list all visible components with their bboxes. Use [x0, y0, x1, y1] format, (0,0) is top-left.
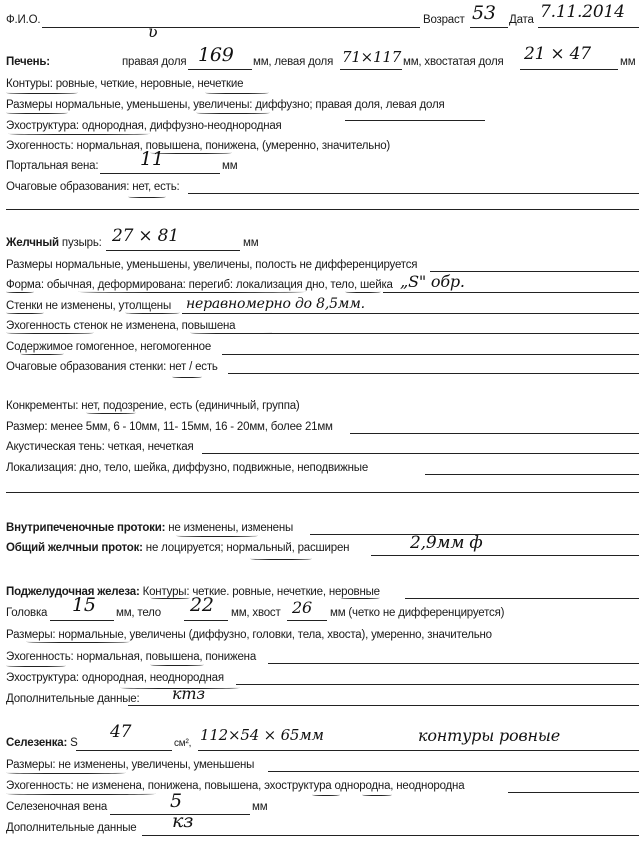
pancreas-body-field[interactable]	[184, 620, 228, 621]
pancreas-body-value: 22	[190, 594, 214, 616]
liver-caudate-field[interactable]	[520, 69, 618, 70]
liver-caudate-value: 21 × 47	[524, 44, 591, 64]
portal-vein-unit: мм	[222, 160, 237, 172]
spleen-echogenicity: Эхогенность: не изменена, понижена, повы…	[6, 780, 464, 792]
spleen-area-label: Селезенка: S	[6, 737, 78, 749]
date-field[interactable]	[538, 27, 639, 28]
spleen-vein-label: Селезеночная вена	[6, 801, 107, 813]
spleen-dims-field[interactable]	[198, 750, 639, 751]
selection-mark	[205, 91, 269, 94]
selection-mark	[6, 311, 44, 314]
liver-right-lobe-value: 169	[198, 44, 234, 66]
intrahepatic-text: не изменены, изменены	[165, 522, 293, 534]
pancreas-extra-field[interactable]	[128, 705, 639, 706]
spleen-dims-value: 112×54 × 65мм	[200, 726, 324, 744]
liver-title: Печень:	[6, 56, 50, 68]
liver-left-lobe-field[interactable]	[340, 69, 402, 70]
gallbladder-title: Желчный пузырь:	[6, 237, 102, 249]
spleen-title: Селезенка:	[6, 737, 67, 749]
gallbladder-shape-value: „S" обр.	[400, 272, 465, 291]
portal-vein-value: 11	[140, 148, 164, 170]
selection-mark	[6, 290, 34, 293]
selection-mark	[362, 793, 392, 796]
pancreas-head-value: 15	[72, 594, 96, 616]
gallbladder-dimensions: Размеры нормальные, уменьшены, увеличены…	[6, 259, 417, 271]
gallbladder-walls-field[interactable]	[182, 313, 639, 314]
selection-mark	[6, 771, 126, 774]
gallbladder-title-bold: Желчный	[6, 237, 59, 249]
selection-mark	[345, 290, 381, 293]
gallbladder-wall-echo-field[interactable]	[245, 333, 639, 334]
spleen-s-label: S	[67, 737, 77, 749]
spleen-area-unit: см²,	[174, 738, 191, 749]
common-duct-text: не лоцируется; нормальный, расширен	[143, 542, 350, 554]
gallbladder-shadow: Акустическая тень: четкая, нечеткая	[6, 441, 194, 453]
pancreas-tail-field[interactable]	[287, 620, 327, 621]
selection-mark	[6, 111, 68, 114]
spleen-extra-label: Дополнительные данные	[6, 822, 137, 834]
pancreas-tail-label: мм, хвост	[231, 607, 281, 619]
age-label: Возраст	[423, 14, 465, 26]
spleen-extra-value: кз	[172, 810, 193, 832]
gallbladder-size-value: 27 × 81	[112, 226, 179, 246]
liver-focal: Очаговые образования: нет, есть:	[6, 181, 180, 193]
selection-mark	[172, 375, 202, 378]
selection-mark	[8, 132, 150, 135]
selection-mark	[150, 663, 204, 666]
selection-mark	[26, 640, 130, 643]
liver-focal-field-2[interactable]	[6, 209, 639, 210]
liver-caudate-unit: мм	[620, 56, 635, 68]
gallbladder-stones: Конкременты: нет, подозрение, есть (един…	[6, 400, 300, 412]
selection-mark	[6, 664, 66, 667]
spleen-size-field[interactable]	[268, 771, 639, 772]
pancreas-head-field[interactable]	[50, 620, 114, 621]
liver-right-lobe-label: правая доля	[122, 56, 186, 68]
gallbladder-contents-field[interactable]	[222, 354, 639, 355]
pancreas-echostructure: Эхоструктура: однородная, неоднородная	[6, 672, 224, 684]
gallbladder-stone-size: Размер: менее 5мм, 6 - 10мм, 11- 15мм, 1…	[6, 421, 333, 433]
selection-mark	[128, 195, 166, 198]
gallbladder-localization-field[interactable]	[425, 474, 639, 475]
pancreas-echogenicity-field[interactable]	[268, 663, 639, 664]
gallbladder-walls-value: неравномерно до 8,5мм.	[186, 296, 365, 312]
spleen-area-value: 47	[110, 722, 131, 742]
spleen-area-field[interactable]	[76, 750, 172, 751]
pancreas-extra-value: ктз	[172, 684, 205, 703]
gallbladder-title-rest: пузырь:	[59, 237, 102, 249]
selection-mark	[86, 411, 136, 414]
selection-mark	[176, 534, 258, 537]
intrahepatic-title: Внутрипеченочные протоки:	[6, 522, 165, 534]
pancreas-extra-label: Дополнительные данные:	[6, 693, 140, 705]
selection-mark	[150, 596, 190, 599]
spleen-size: Размеры: не изменены, увеличены, уменьше…	[6, 759, 254, 771]
gallbladder-wall-focal-field[interactable]	[228, 373, 639, 374]
gallbladder-wall-focal: Очаговые образования стенки: нет / есть	[6, 361, 218, 373]
liver-left-lobe-label: мм, левая доля	[253, 56, 333, 68]
gallbladder-localization: Локализация: дно, тело, шейка, диффузно,…	[6, 462, 368, 474]
date-label: Дата	[509, 14, 534, 26]
pancreas-echogenicity: Эхогенность: нормальная, повышена, пониж…	[6, 651, 256, 663]
selection-mark	[6, 792, 156, 795]
selection-mark	[250, 557, 312, 560]
portal-vein-field[interactable]	[100, 173, 220, 174]
liver-left-lobe-value: 71×117	[342, 48, 401, 66]
pancreas-tail-unit: мм (четко не дифференцируется)	[330, 607, 504, 619]
gallbladder-stone-size-field[interactable]	[350, 433, 639, 434]
age-field[interactable]	[470, 27, 508, 28]
gallbladder-shadow-field[interactable]	[202, 453, 639, 454]
liver-caudate-label: мм, хвостатая доля	[403, 56, 504, 68]
date-value: 7.11.2014	[540, 2, 625, 22]
spleen-vein-unit: мм	[252, 801, 267, 813]
liver-focal-field[interactable]	[188, 193, 639, 194]
portal-vein-label: Портальная вена:	[6, 160, 98, 172]
pancreas-contours-field[interactable]	[405, 598, 639, 599]
pancreas-tail-value: 26	[292, 598, 312, 617]
pancreas-head-label: Головка	[6, 607, 47, 619]
spleen-extra-field[interactable]	[142, 835, 639, 836]
liver-right-lobe-field[interactable]	[188, 69, 252, 70]
spleen-vein-value: 5	[170, 790, 182, 812]
selection-mark	[6, 91, 78, 94]
gallbladder-size-field[interactable]	[106, 250, 240, 251]
intrahepatic-ducts: Внутрипеченочные протоки: не изменены, и…	[6, 522, 293, 534]
gallbladder-size-unit: мм	[243, 237, 258, 249]
selection-mark	[6, 331, 94, 334]
pancreas-body-label: мм, тело	[116, 607, 161, 619]
selection-mark	[125, 311, 180, 314]
fio-field[interactable]	[42, 27, 420, 28]
liver-echostructure: Эхоструктура: однородная, диффузно-неодн…	[6, 120, 282, 132]
spleen-contour-value: контуры ровные	[418, 726, 560, 745]
liver-size: Размеры нормальные, уменьшены, увеличены…	[6, 99, 444, 111]
selection-mark	[340, 596, 380, 599]
pancreas-echostructure-field[interactable]	[236, 684, 639, 685]
liver-size-line	[345, 120, 485, 121]
gallbladder-localization-field-2[interactable]	[6, 492, 639, 493]
common-bile-duct: Общий желчныи проток: не лоцируется; нор…	[6, 542, 349, 554]
common-duct-value: 2,9мм ф	[410, 533, 483, 553]
selection-mark	[20, 352, 64, 355]
fio-mark: ʋ	[148, 22, 158, 41]
age-value: 53	[472, 2, 496, 24]
liver-contours: Контуры: ровные, четкие, неровные, нечет…	[6, 78, 243, 90]
spleen-echogenicity-field[interactable]	[508, 792, 639, 793]
common-duct-field[interactable]	[371, 555, 639, 556]
common-duct-title: Общий желчныи проток:	[6, 542, 143, 554]
selection-mark	[312, 793, 340, 796]
fio-label: Ф.И.О.	[6, 14, 40, 26]
selection-mark	[78, 290, 306, 293]
selection-mark	[196, 111, 270, 114]
gallbladder-shape-field[interactable]	[383, 292, 639, 293]
